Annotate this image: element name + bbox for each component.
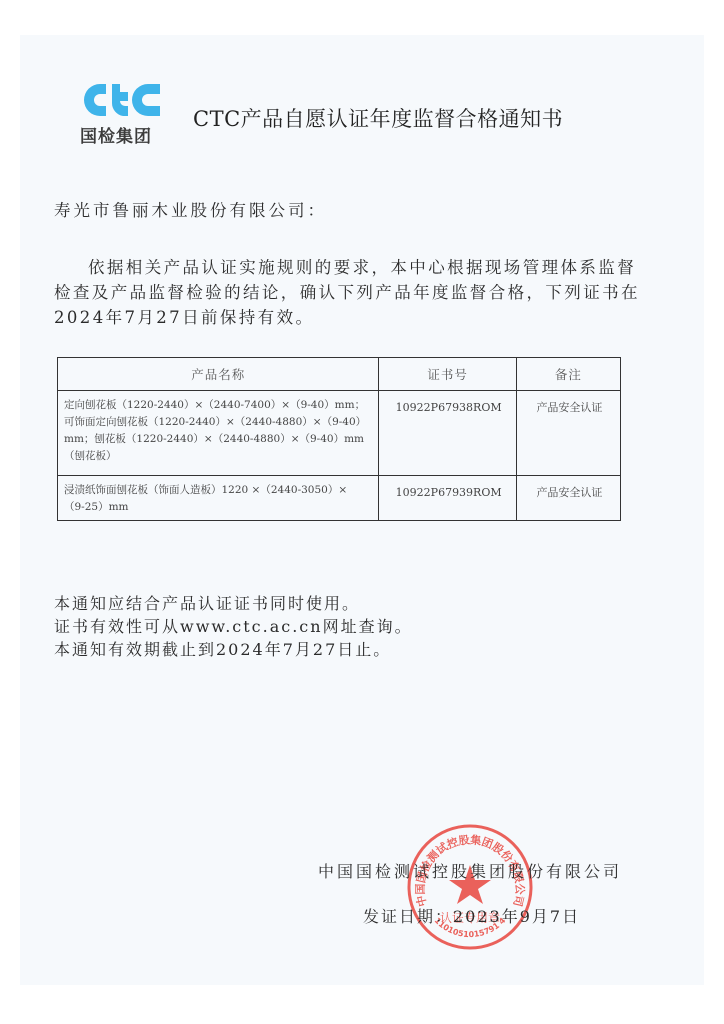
remark-cell: 产品安全认证 bbox=[516, 476, 620, 521]
official-seal-icon: 中国国检测试控股集团股份有限公司 认证专用章 1101051015791 4 bbox=[405, 822, 535, 952]
document-title: CTC产品自愿认证年度监督合格通知书 bbox=[193, 103, 563, 133]
note-line: 本通知应结合产品认证证书同时使用。 bbox=[54, 592, 413, 615]
certificate-no-cell: 10922P67939ROM bbox=[379, 476, 516, 521]
product-line: （刨花板） bbox=[64, 448, 374, 465]
ctc-logo: 国检集团 bbox=[80, 82, 170, 150]
body-line-1: 依据相关产品认证实施规则的要求，本中心根据现场管理体系监督 bbox=[88, 258, 636, 277]
body-line-2: 检查及产品监督检验的结论，确认下列产品年度监督合格，下列证书在 bbox=[54, 283, 640, 302]
certificate-no-cell: 10922P67938ROM bbox=[379, 391, 516, 476]
table-header-row: 产品名称 证书号 备注 bbox=[58, 358, 621, 391]
body-paragraph: 依据相关产品认证实施规则的要求，本中心根据现场管理体系监督 检查及产品监督检验的… bbox=[54, 255, 654, 330]
product-line: 浸渍纸饰面刨花板（饰面人造板）1220 ×（2440-3050）× bbox=[64, 482, 374, 499]
note-line: 证书有效性可从www.ctc.ac.cn网址查询。 bbox=[54, 615, 413, 638]
addressee: 寿光市鲁丽木业股份有限公司： bbox=[54, 197, 327, 221]
body-line-3: 2024年7月27日前保持有效。 bbox=[54, 308, 314, 327]
product-line: （9-25）mm bbox=[64, 499, 374, 516]
product-name-cell: 浸渍纸饰面刨花板（饰面人造板）1220 ×（2440-3050）× （9-25）… bbox=[58, 476, 379, 521]
ctc-logo-mark-icon bbox=[82, 82, 162, 118]
remark-cell: 产品安全认证 bbox=[516, 391, 620, 476]
notes: 本通知应结合产品认证证书同时使用。 证书有效性可从www.ctc.ac.cn网址… bbox=[54, 592, 413, 661]
logo-name: 国检集团 bbox=[80, 122, 170, 147]
note-line: 本通知有效期截止到2024年7月27日止。 bbox=[54, 638, 413, 661]
header-remark: 备注 bbox=[516, 358, 620, 391]
header-product-name: 产品名称 bbox=[58, 358, 379, 391]
table-row: 定向刨花板（1220-2440）×（2440-7400）×（9-40）mm； 可… bbox=[58, 391, 621, 476]
product-line: 可饰面定向刨花板（1220-2440）×（2440-4880）×（9-40） bbox=[64, 414, 374, 431]
issuer-name: 中国国检测试控股集团股份有限公司 bbox=[318, 859, 622, 882]
header-certificate-no: 证书号 bbox=[379, 358, 516, 391]
certificate-table: 产品名称 证书号 备注 定向刨花板（1220-2440）×（2440-7400）… bbox=[57, 357, 621, 521]
product-line: 定向刨花板（1220-2440）×（2440-7400）×（9-40）mm； bbox=[64, 397, 374, 414]
product-name-cell: 定向刨花板（1220-2440）×（2440-7400）×（9-40）mm； 可… bbox=[58, 391, 379, 476]
table-row: 浸渍纸饰面刨花板（饰面人造板）1220 ×（2440-3050）× （9-25）… bbox=[58, 476, 621, 521]
issue-date: 发证日期：2023年9月7日 bbox=[363, 904, 580, 927]
product-line: mm；刨花板（1220-2440）×（2440-4880）×（9-40）mm bbox=[64, 431, 374, 448]
